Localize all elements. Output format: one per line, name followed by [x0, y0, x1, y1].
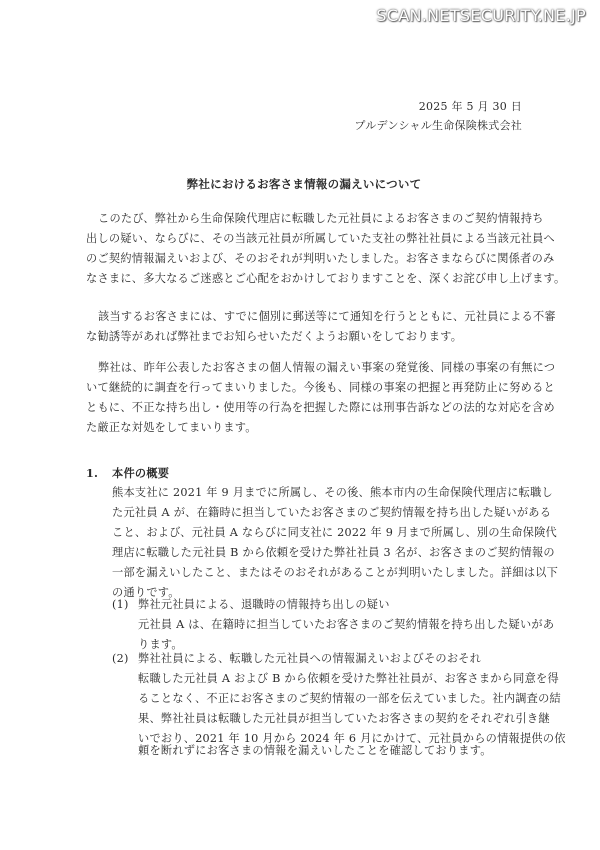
site-watermark: SCAN.NETSECURITY.NE.JP — [376, 6, 586, 25]
paragraph-line: な勧誘等があれば弊社までお知らせいただくようお願いをしております。 — [86, 330, 462, 344]
paragraph-line: ともに、不正な持ち出し・使用等の行為を把握した際には刑事告訴などの法的な対応を含… — [86, 401, 555, 415]
subsection-line: 元社員 A は、在籍時に担当していたお客さまのご契約情報を持ち出した疑いがあ — [138, 618, 554, 632]
subsection-line: ることなく、不正にお客さまのご契約情報の一部を伝えていました。社内調査の結 — [138, 692, 561, 706]
subsection-line: ります。 — [138, 638, 183, 652]
document-date: 2025 年 5 月 30 日 — [419, 100, 522, 114]
section-number: 1. — [86, 466, 98, 480]
subsection-line: 果、弊社社員は転職した元社員が担当していたお客さまの契約をそれぞれ引き継 — [138, 712, 550, 726]
paragraph-line: いて継続的に調査を行ってまいりました。今後も、同様の事案の把握と再発防止に努める… — [86, 381, 555, 395]
paragraph-line: 弊社は、昨年公表したお客さまの個人情報の漏えい事案の発覚後、同様の事案の有無につ — [98, 361, 555, 375]
company-name: プルデンシャル生命保険株式会社 — [354, 119, 522, 133]
subsection-number: (1) — [112, 598, 129, 612]
section-line: た元社員 A が、在籍時に担当していたお客さまのご契約情報を持ち出した疑いがある — [112, 506, 551, 520]
paragraph-line: のご契約情報漏えいおよび、そのおそれが判明いたしました。お客さまならびに関係者の… — [86, 252, 555, 266]
document-title: 弊社におけるお客さま情報の漏えいについて — [86, 177, 522, 191]
paragraph-line: なさまに、多大なるご迷惑とご心配をおかけしておりますことを、深くお詫び申し上げま… — [86, 272, 565, 286]
subsection-heading: 弊社元社員による、退職時の情報持ち出しの疑い — [138, 598, 390, 612]
section-line: こと、および、元社員 A ならびに同支社に 2022 年 9 月まで所属し、別の… — [112, 526, 557, 540]
paragraph-line: 該当するお客さまには、すでに個別に郵送等にて通知を行うとともに、元社員による不審 — [98, 310, 556, 324]
paragraph-line: 出しの疑い、ならびに、その当該元社員が所属していた支社の弊社社員による当該元社員… — [86, 232, 555, 246]
subsection-line: 頼を断れずにお客さまの情報を漏えいしたことを確認しております。 — [138, 744, 492, 758]
paragraph-line: このたび、弊社から生命保険代理店に転職した元社員によるお客さまのご契約情報持ち — [98, 212, 544, 226]
subsection-line: 転職した元社員 A および B から依頼を受けた弊社社員が、お客さまから同意を得 — [138, 672, 559, 686]
subsection-heading: 弊社社員による、転職した元社員への情報漏えいおよびそのおそれ — [138, 652, 481, 666]
section-heading: 本件の概要 — [112, 466, 169, 480]
section-line: 熊本支社に 2021 年 9 月までに所属し、その後、熊本市内の生命保険代理店に… — [112, 486, 553, 500]
section-line: 一部を漏えいしたこと、またはそのおそれがあることが判明いたしました。詳細は以下 — [112, 566, 558, 580]
subsection-number: (2) — [112, 652, 129, 666]
paragraph-line: た厳正な対処をしてまいります。 — [86, 421, 257, 435]
section-line: 理店に転職した元社員 B から依頼を受けた弊社社員 3 名が、お客さまのご契約情… — [112, 546, 555, 560]
